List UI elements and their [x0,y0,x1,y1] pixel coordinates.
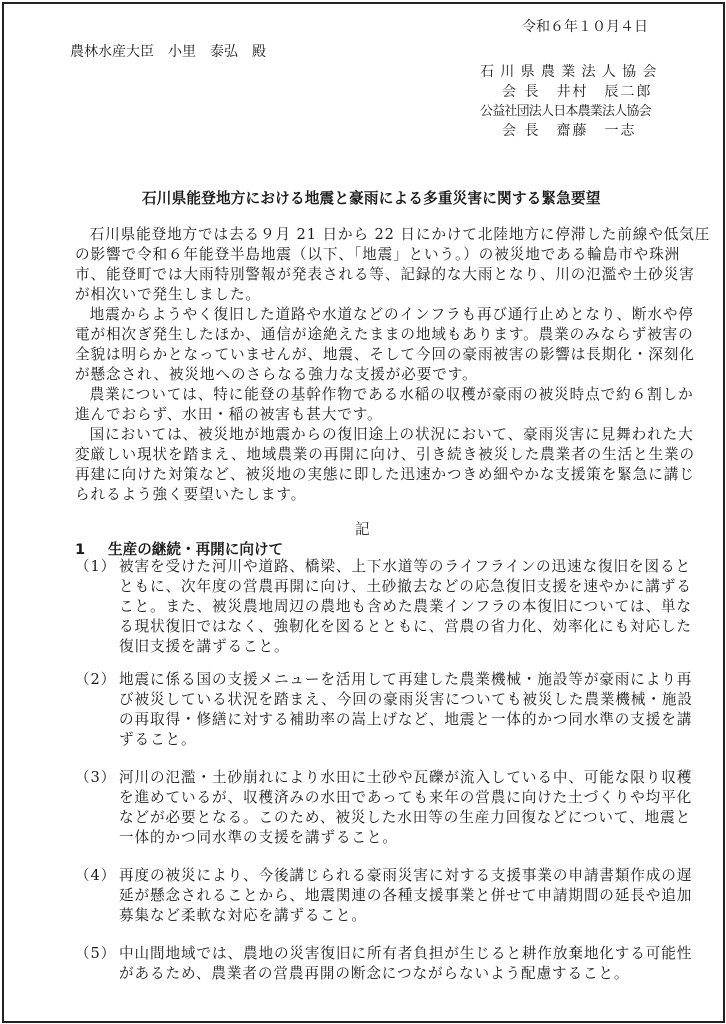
list-item-5: （5） 中山間地域では、農地の災害復旧に所有者負担が生じると耕作放棄地化する可能… [75,944,659,984]
paragraph-line: 市、能登町では大雨特別警報が発表される等、記録的な大雨となり、川の氾濫や土砂災害 [75,265,659,285]
item-line: 被害を受けた河川や道路、橋梁、上下水道等のライフラインの迅速な復旧を図ると [119,557,659,577]
item-line: る現状復旧ではなく、強靭化を図るとともに、営農の省力化、効率化にも対応した [119,617,659,637]
document-date: 令和６年１０月４日 [522,16,648,36]
paragraph-line: られるよう強く要望いたします。 [75,485,659,505]
item-line: があるため、農業者の営農再開の断念につながらないよう配慮すること。 [119,964,659,984]
document-title: 石川県能登地方における地震と豪雨による多重災害に関する緊急要望 [142,187,601,208]
item-line: 一体的かつ同水準の支援を講ずること。 [119,828,659,848]
sender-block: 石川県農業法人協会 会 長 井村 辰二郎 公益社団法人日本農業法人協会 会 長 … [480,63,660,141]
list-item-3: （3） 河川の氾濫・土砂崩れにより水田に土砂や瓦礫が流入している中、可能な限り収… [75,768,659,848]
item-line: などが必要となる。このため、被災した水田等の生産力回復などについて、地震と [119,808,659,828]
paragraph-line: が相次いで発生しました。 [75,285,659,305]
item-line: 河川の氾濫・土砂崩れにより水田に土砂や瓦礫が流入している中、可能な限り収穫 [119,768,659,788]
item-marker: （4） [75,866,116,886]
paragraph-2: 地震からようやく復旧した道路や水道などのインフラも再び通行止めとなり、断水や停 … [75,305,659,385]
item-line: 地震に係る国の支援メニューを活用して再建した農業機械・施設等が豪雨により再 [119,670,659,690]
sender-title-2: 会 長 齋藤 一志 [480,122,660,142]
paragraph-line: の影響で令和６年能登半島地震（以下、「地震」という。）の被災地である輪島市や珠洲 [75,245,659,265]
paragraph-line: 石川県能登地方では去る９月 21 日から 22 日にかけて北陸地方に停滞した前線… [75,225,659,245]
paragraph-line: 全貌は明らかとなっていませんが、地震、そして今回の豪雨被害の影響は長期化・深刻化 [75,345,659,365]
section-number: 1 [75,541,108,558]
paragraph-3: 農業については、特に能登の基幹作物である水稲の収穫が豪雨の被災時点で約６割しか … [75,385,659,425]
paragraph-line: 国においては、被災地が地震からの復旧途上の状況において、豪雨災害に見舞われた大 [75,425,659,445]
paragraph-line: 地震からようやく復旧した道路や水道などのインフラも再び通行止めとなり、断水や停 [75,305,659,325]
paragraph-line: 変厳しい現状を踏まえ、地域農業の再開に向け、引き続き被災した農業者の生活と生業の [75,445,659,465]
item-line: 再度の被災により、今後講じられる豪雨災害に対する支援事業の申請書類作成の遅 [119,866,659,886]
document-page: 令和６年１０月４日 農林水産大臣 小里 泰弘 殿 石川県農業法人協会 会 長 井… [2,2,725,1023]
item-line: ずること。 [119,730,659,750]
item-line: 募集など柔軟な対応を講ずること。 [119,906,659,926]
item-line: び被災している状況を踏まえ、今回の豪雨災害についても被災した農業機械・施設 [119,690,659,710]
item-line: 延が懸念されることから、地震関連の各種支援事業と併せて申請期間の延長や追加 [119,886,659,906]
item-line: を進めているが、収穫済みの水田であっても来年の営農に向けた土づくりや均平化 [119,788,659,808]
list-item-1: （1） 被害を受けた河川や道路、橋梁、上下水道等のライフラインの迅速な復旧を図る… [75,557,659,657]
list-item-2: （2） 地震に係る国の支援メニューを活用して再建した農業機械・施設等が豪雨により… [75,670,659,750]
section-heading-text: 生産の継続・再開に向けて [108,541,283,558]
sender-org-1: 石川県農業法人協会 [480,63,660,83]
addressee: 農林水産大臣 小里 泰弘 殿 [70,41,266,61]
paragraph-line: 電が相次ぎ発生したほか、通信が途絶えたままの地域もあります。農業のみならず被害の [75,325,659,345]
item-marker: （1） [75,557,116,577]
ki-marker: 記 [355,518,370,539]
item-line: 中山間地域では、農地の災害復旧に所有者負担が生じると耕作放棄地化する可能性 [119,944,659,964]
item-marker: （5） [75,944,116,964]
item-line: ともに、次年度の営農再開に向け、土砂撤去などの応急復旧支援を速やかに講ずる [119,577,659,597]
item-line: 復旧支援を講ずること。 [119,637,659,657]
list-item-4: （4） 再度の被災により、今後講じられる豪雨災害に対する支援事業の申請書類作成の… [75,866,659,926]
item-line: の再取得・修繕に対する補助率の嵩上げなど、地震と一体的かつ同水準の支援を講 [119,710,659,730]
paragraph-line: 再建に向けた対策など、被災地の実態に即した迅速かつきめ細やかな支援策を緊急に講じ [75,465,659,485]
item-line: こと。また、被災農地周辺の農地も含めた農業インフラの本復旧については、単な [119,597,659,617]
paragraph-line: 進んでおらず、水田・稲の被害も甚大です。 [75,405,659,425]
item-marker: （2） [75,670,116,690]
sender-title-1: 会 長 井村 辰二郎 [480,83,660,103]
paragraph-line: が懸念され、被災地へのさらなる強力な支援が必要です。 [75,365,659,385]
paragraph-line: 農業については、特に能登の基幹作物である水稲の収穫が豪雨の被災時点で約６割しか [75,385,659,405]
sender-org-2: 公益社団法人日本農業法人協会 [480,102,660,122]
section-heading: 1生産の継続・再開に向けて [75,538,283,559]
item-marker: （3） [75,768,116,788]
paragraph-1: 石川県能登地方では去る９月 21 日から 22 日にかけて北陸地方に停滞した前線… [75,225,659,305]
paragraph-4: 国においては、被災地が地震からの復旧途上の状況において、豪雨災害に見舞われた大 … [75,425,659,505]
